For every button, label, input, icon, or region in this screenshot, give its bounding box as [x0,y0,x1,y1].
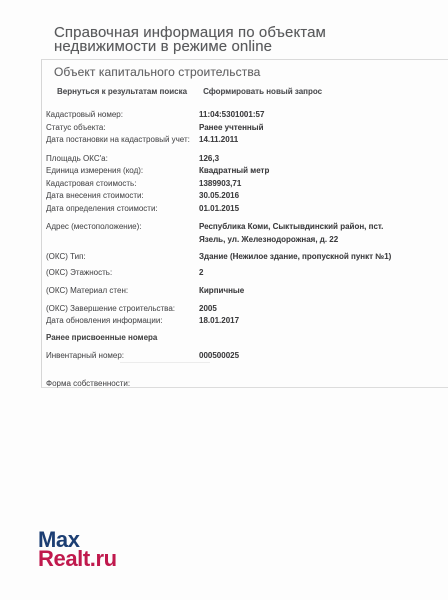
field-row-value-determination-date: Дата определения стоимости: 01.01.2015 [46,203,448,216]
field-label: (ОКС) Завершение строительства: [46,303,199,316]
back-to-results-link[interactable]: Вернуться к результатам поиска [57,87,187,96]
field-row-value-entry-date: Дата внесения стоимости: 30.05.2016 [46,190,448,203]
field-row-area: Площадь ОКС'а: 126,3 [46,153,448,166]
field-label: Дата обновления информации: [46,315,199,328]
field-row-cadastral-number: Кадастровый номер: 11:04:5301001:57 [46,109,448,122]
field-label: Инвентарный номер: [46,350,199,363]
field-row-status: Статус объекта: Ранее учтенный [46,122,448,135]
field-row-address: Адрес (местоположение): Республика Коми,… [46,221,448,246]
field-row-ownership-form: Форма собственности: [46,378,448,391]
maxrealt-logo-line2: Realt.ru [38,549,117,568]
field-value: 000500025 [199,350,401,363]
new-request-link[interactable]: Сформировать новый запрос [203,87,322,96]
field-label: Адрес (местоположение): [46,221,199,234]
field-label: Дата определения стоимости: [46,203,199,216]
field-label: Единица измерения (код): [46,165,199,178]
field-value: 2005 [199,303,401,316]
field-value: 11:04:5301001:57 [199,109,401,122]
field-label: Кадастровый номер: [46,109,199,122]
field-row-cadastral-value: Кадастровая стоимость: 1389903,71 [46,178,448,191]
field-row-unit: Единица измерения (код): Квадратный метр [46,165,448,178]
field-value: 18.01.2017 [199,315,401,328]
field-label: Кадастровая стоимость: [46,178,199,191]
field-value: Здание (Нежилое здание, пропускной пункт… [199,251,401,264]
field-value: Республика Коми, Сыктывдинский район, пс… [199,221,401,246]
field-value: 30.05.2016 [199,190,401,203]
field-value: 14.11.2011 [199,134,401,147]
field-row-oks-type: (ОКС) Тип: Здание (Нежилое здание, пропу… [46,251,448,264]
field-row-registration-date: Дата постановки на кадастровый учет: 14.… [46,134,448,147]
field-value: Квадратный метр [199,165,401,178]
field-row-construction-completed: (ОКС) Завершение строительства: 2005 [46,303,448,316]
previous-numbers-header: Ранее присвоенные номера [46,332,448,345]
fields-list: Кадастровый номер: 11:04:5301001:57 Стат… [42,109,448,390]
field-value: 1389903,71 [199,178,401,191]
field-value: 01.01.2015 [199,203,401,216]
field-row-floors: (ОКС) Этажность: 2 [46,267,448,280]
page-title: Справочная информация по объектам недвиж… [54,26,420,54]
field-value: Ранее учтенный [199,122,401,135]
field-label: (ОКС) Материал стен: [46,285,199,298]
section-title: Объект капитального строительства [54,66,448,78]
field-value: 126,3 [199,153,401,166]
field-label: Дата внесения стоимости: [46,190,199,203]
field-label: Дата постановки на кадастровый учет: [46,134,199,147]
field-row-wall-material: (ОКС) Материал стен: Кирпичные [46,285,448,298]
field-value: Кирпичные [199,285,401,298]
toolbar: Вернуться к результатам поиска Сформиров… [57,87,448,96]
scan-artifact-line [120,362,210,363]
field-value: 2 [199,267,401,280]
field-row-info-updated: Дата обновления информации: 18.01.2017 [46,315,448,328]
field-label: Форма собственности: [46,378,199,391]
scanned-page: Справочная информация по объектам недвиж… [0,0,448,600]
field-label: Площадь ОКС'а: [46,153,199,166]
object-info-panel: Объект капитального строительства Вернут… [41,59,448,388]
field-label: Статус объекта: [46,122,199,135]
field-label: (ОКС) Тип: [46,251,199,264]
field-row-inventory-number: Инвентарный номер: 000500025 [46,350,448,363]
section-header-label: Ранее присвоенные номера [46,332,157,345]
maxrealt-logo: Max Realt.ru [38,530,117,568]
field-label: (ОКС) Этажность: [46,267,199,280]
